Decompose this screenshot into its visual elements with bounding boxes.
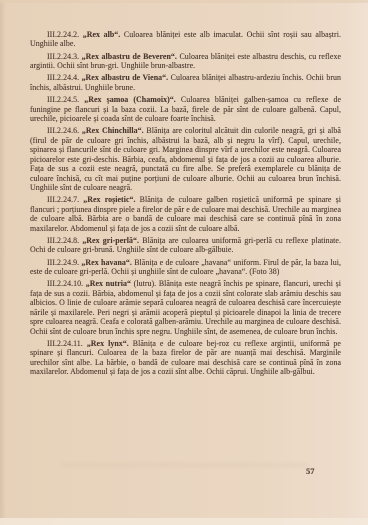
breed-name: „Rex roșietic“. bbox=[83, 195, 135, 204]
paragraph-rex-samoa: III.2.24.5. „Rex șamoa (Chamoix)“. Culoa… bbox=[30, 95, 341, 123]
breed-name: „Rex albastru de Viena“. bbox=[82, 73, 169, 82]
paragraph-rex-chinchilla: III.2.24.6. „Rex Chinchilla“. Blănița ar… bbox=[30, 126, 341, 192]
scan-edge-top bbox=[0, 0, 368, 3]
section-number: III.2.24.4. bbox=[47, 73, 79, 82]
section-number: III.2.24.8. bbox=[47, 236, 79, 245]
scan-edge-bottom bbox=[0, 518, 368, 525]
paragraph-rex-havana: III.2.24.9. „Rex havana“. Blănița e de c… bbox=[30, 258, 341, 277]
section-number: III.2.24.2. bbox=[47, 30, 79, 39]
text-column: III.2.24.2. „Rex alb“. Culoarea blăniței… bbox=[30, 30, 341, 379]
paragraph-rex-nutria: III.2.24.10. „Rex nutria“ (lutru). Blăni… bbox=[30, 279, 341, 336]
paragraph-rex-albastru-de-beveren: III.2.24.3. „Rex albastru de Beveren“. C… bbox=[30, 52, 341, 71]
section-number: III.2.24.7. bbox=[47, 195, 79, 204]
breed-name: „Rex alb“. bbox=[83, 30, 121, 39]
section-number: III.2.24.6. bbox=[47, 126, 79, 135]
section-number: III.2.24.5. bbox=[47, 95, 79, 104]
section-number: III.2.24.10. bbox=[47, 279, 83, 288]
page-number: 57 bbox=[306, 466, 315, 476]
breed-name: „Rex lynx“. bbox=[87, 339, 129, 348]
paragraph-rex-rosietic: III.2.24.7. „Rex roșietic“. Blănița de c… bbox=[30, 195, 341, 233]
breed-name: „Rex gri-perlă“. bbox=[82, 236, 139, 245]
breed-name: „Rex nutria“ bbox=[86, 279, 131, 288]
breed-name: „Rex havana“. bbox=[81, 258, 131, 267]
section-number: III.2.24.9. bbox=[47, 258, 79, 267]
breed-name: „Rex Chinchilla“. bbox=[82, 126, 144, 135]
paragraph-text: Blănița are coloritul alcătuit din culor… bbox=[30, 126, 341, 192]
ink-bleed-ghost bbox=[60, 462, 310, 468]
paragraph-rex-alb: III.2.24.2. „Rex alb“. Culoarea blăniței… bbox=[30, 30, 341, 49]
section-number: III.2.24.11. bbox=[47, 339, 83, 348]
breed-name: „Rex albastru de Beveren“. bbox=[82, 52, 177, 61]
paragraph-rex-lynx: III.2.24.11. „Rex lynx“. Blănița e de cu… bbox=[30, 339, 341, 377]
book-page: III.2.24.2. „Rex alb“. Culoarea blăniței… bbox=[0, 0, 368, 525]
section-number: III.2.24.3. bbox=[47, 52, 79, 61]
breed-name: „Rex șamoa (Chamoix)“. bbox=[84, 95, 176, 104]
paragraph-rex-gri-perla: III.2.24.8. „Rex gri-perlă“. Blănița are… bbox=[30, 236, 341, 255]
paragraph-rex-albastru-de-viena: III.2.24.4. „Rex albastru de Viena“. Cul… bbox=[30, 73, 341, 92]
